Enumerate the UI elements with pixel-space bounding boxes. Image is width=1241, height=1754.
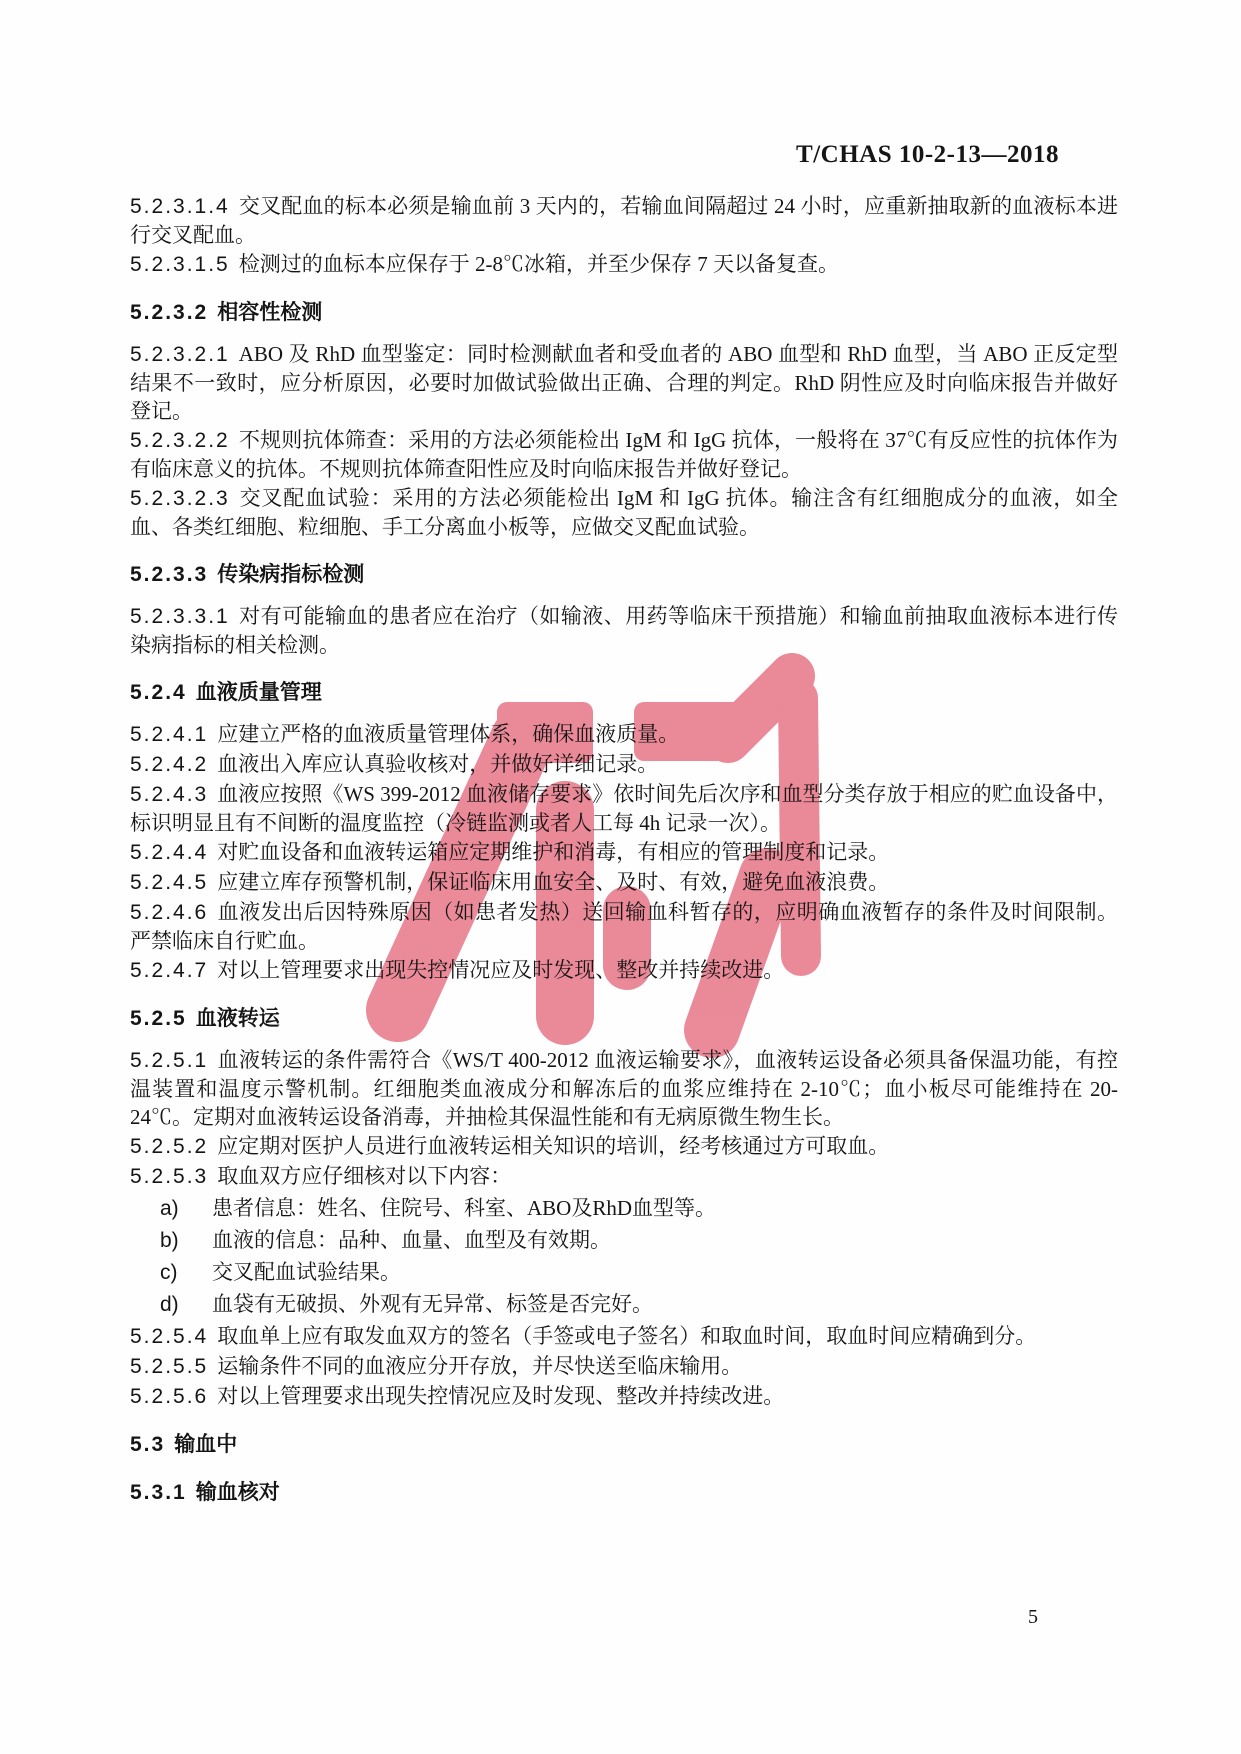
clause-number: 5.2.3.2.2 [130, 429, 230, 452]
clause-5.2.3.2.1: 5.2.3.2.1ABO 及 RhD 血型鉴定：同时检测献血者和受血者的 ABO… [130, 340, 1118, 425]
heading-text: 血液质量管理 [196, 680, 322, 704]
clause-5.2.3.2.2: 5.2.3.2.2不规则抗体筛查：采用的方法必须能检出 IgM 和 IgG 抗体… [130, 426, 1118, 483]
clause-text: 取血双方应仔细核对以下内容： [217, 1164, 511, 1188]
heading-number: 5.3 [130, 1433, 165, 1456]
clause-text: ABO 及 RhD 血型鉴定：同时检测献血者和受血者的 ABO 血型和 RhD … [130, 342, 1118, 423]
list-item-label: b) [160, 1227, 212, 1255]
clause-5.2.4.7: 5.2.4.7对以上管理要求出现失控情况应及时发现、整改并持续改进。 [130, 956, 1118, 985]
document-body: 5.2.3.1.4交叉配血的标本必须是输血前 3 天内的，若输血间隔超过 24 … [130, 192, 1118, 1520]
clause-5.2.4.3: 5.2.4.3血液应按照《WS 399-2012 血液储存要求》依时间先后次序和… [130, 780, 1118, 837]
clause-number: 5.2.5.1 [130, 1049, 208, 1072]
list-item-a: a)患者信息：姓名、住院号、科室、ABO及RhD血型等。 [130, 1194, 1118, 1223]
list-item-label: d) [160, 1291, 212, 1319]
list-item-d: d)血袋有无破损、外观有无异常、标签是否完好。 [130, 1290, 1118, 1319]
clause-text: 血液出入库应认真验收核对，并做好详细记录。 [217, 752, 658, 776]
list-item-c: c)交叉配血试验结果。 [130, 1258, 1118, 1287]
clause-5.2.5.1: 5.2.5.1血液转运的条件需符合《WS/T 400-2012 血液运输要求》，… [130, 1046, 1118, 1131]
clause-5.2.5.2: 5.2.5.2应定期对医护人员进行血液转运相关知识的培训，经考核通过方可取血。 [130, 1132, 1118, 1161]
clause-number: 5.2.3.3.1 [130, 605, 230, 628]
clause-text: 对以上管理要求出现失控情况应及时发现、整改并持续改进。 [217, 1384, 784, 1408]
list-item-label: c) [160, 1259, 212, 1287]
heading-5.2.3.2: 5.2.3.2相容性检测 [130, 298, 1118, 327]
list-item-label: a) [160, 1195, 212, 1223]
clause-number: 5.2.3.2.1 [130, 343, 230, 366]
heading-text: 输血核对 [196, 1480, 280, 1504]
clause-5.2.4.1: 5.2.4.1应建立严格的血液质量管理体系，确保血液质量。 [130, 720, 1118, 749]
clause-text: 血液应按照《WS 399-2012 血液储存要求》依时间先后次序和血型分类存放于… [130, 782, 1118, 835]
clause-text: 血液发出后因特殊原因（如患者发热）送回输血科暂存的，应明确血液暂存的条件及时间限… [130, 900, 1118, 953]
list-item-b: b)血液的信息：品种、血量、血型及有效期。 [130, 1226, 1118, 1255]
clause-text: 交叉配血试验：采用的方法必须能检出 IgM 和 IgG 抗体。输注含有红细胞成分… [130, 486, 1118, 539]
clause-number: 5.2.5.3 [130, 1165, 208, 1188]
clause-5.2.5.6: 5.2.5.6对以上管理要求出现失控情况应及时发现、整改并持续改进。 [130, 1382, 1118, 1411]
clause-5.2.4.2: 5.2.4.2血液出入库应认真验收核对，并做好详细记录。 [130, 750, 1118, 779]
clause-number: 5.2.4.1 [130, 723, 208, 746]
standard-number-header: T/CHAS 10-2-13—2018 [796, 141, 1059, 169]
clause-text: 应建立库存预警机制，保证临床用血安全、及时、有效，避免血液浪费。 [217, 870, 889, 894]
clause-number: 5.2.3.2.3 [130, 487, 230, 510]
heading-5.3.1: 5.3.1输血核对 [130, 1478, 1118, 1507]
list-item-text: 血袋有无破损、外观有无异常、标签是否完好。 [212, 1292, 653, 1316]
clause-number: 5.2.3.1.5 [130, 253, 230, 276]
list-item-text: 患者信息：姓名、住院号、科室、ABO及RhD血型等。 [212, 1196, 716, 1220]
heading-5.2.5: 5.2.5血液转运 [130, 1004, 1118, 1033]
clause-text: 应定期对医护人员进行血液转运相关知识的培训，经考核通过方可取血。 [217, 1134, 889, 1158]
heading-number: 5.3.1 [130, 1481, 187, 1504]
clause-5.2.3.3.1: 5.2.3.3.1对有可能输血的患者应在治疗（如输液、用药等临床干预措施）和输血… [130, 602, 1118, 659]
list-item-text: 交叉配血试验结果。 [212, 1260, 401, 1284]
clause-text: 对贮血设备和血液转运箱应定期维护和消毒，有相应的管理制度和记录。 [217, 840, 889, 864]
clause-text: 交叉配血的标本必须是输血前 3 天内的，若输血间隔超过 24 小时，应重新抽取新… [130, 194, 1118, 247]
heading-5.2.3.3: 5.2.3.3传染病指标检测 [130, 560, 1118, 589]
clause-5.2.5.5: 5.2.5.5运输条件不同的血液应分开存放，并尽快送至临床输用。 [130, 1352, 1118, 1381]
clause-5.2.4.6: 5.2.4.6血液发出后因特殊原因（如患者发热）送回输血科暂存的，应明确血液暂存… [130, 898, 1118, 955]
heading-text: 血液转运 [196, 1006, 280, 1030]
clause-5.2.4.4: 5.2.4.4对贮血设备和血液转运箱应定期维护和消毒，有相应的管理制度和记录。 [130, 838, 1118, 867]
clause-text: 对以上管理要求出现失控情况应及时发现、整改并持续改进。 [217, 958, 784, 982]
clause-text: 对有可能输血的患者应在治疗（如输液、用药等临床干预措施）和输血前抽取血液标本进行… [130, 604, 1118, 657]
clause-5.2.3.2.3: 5.2.3.2.3交叉配血试验：采用的方法必须能检出 IgM 和 IgG 抗体。… [130, 484, 1118, 541]
clause-5.2.4.5: 5.2.4.5应建立库存预警机制，保证临床用血安全、及时、有效，避免血液浪费。 [130, 868, 1118, 897]
clause-number: 5.2.3.1.4 [130, 195, 230, 218]
clause-number: 5.2.4.3 [130, 783, 208, 806]
clause-number: 5.2.5.5 [130, 1355, 208, 1378]
document-page: T/CHAS 10-2-13—2018 5.2.3.1.4交叉配血的标本必须是输… [0, 0, 1241, 1754]
heading-number: 5.2.3.3 [130, 563, 208, 586]
clause-5.2.5.4: 5.2.5.4取血单上应有取发血双方的签名（手签或电子签名）和取血时间，取血时间… [130, 1322, 1118, 1351]
clause-text: 不规则抗体筛查：采用的方法必须能检出 IgM 和 IgG 抗体，一般将在 37℃… [130, 428, 1118, 481]
clause-5.2.3.1.5: 5.2.3.1.5检测过的血标本应保存于 2-8℃冰箱，并至少保存 7 天以备复… [130, 250, 1118, 279]
heading-number: 5.2.4 [130, 681, 187, 704]
clause-number: 5.2.5.6 [130, 1385, 208, 1408]
clause-5.2.3.1.4: 5.2.3.1.4交叉配血的标本必须是输血前 3 天内的，若输血间隔超过 24 … [130, 192, 1118, 249]
heading-number: 5.2.3.2 [130, 301, 208, 324]
clause-number: 5.2.4.2 [130, 753, 208, 776]
heading-text: 输血中 [174, 1432, 237, 1456]
heading-number: 5.2.5 [130, 1007, 187, 1030]
clause-text: 血液转运的条件需符合《WS/T 400-2012 血液运输要求》，血液转运设备必… [130, 1048, 1118, 1129]
heading-5.2.4: 5.2.4血液质量管理 [130, 678, 1118, 707]
clause-text: 应建立严格的血液质量管理体系，确保血液质量。 [217, 722, 679, 746]
clause-5.2.5.3: 5.2.5.3取血双方应仔细核对以下内容： [130, 1162, 1118, 1191]
clause-number: 5.2.4.4 [130, 841, 208, 864]
list-item-text: 血液的信息：品种、血量、血型及有效期。 [212, 1228, 611, 1252]
clause-number: 5.2.5.2 [130, 1135, 208, 1158]
heading-text: 传染病指标检测 [217, 562, 364, 586]
clause-number: 5.2.4.6 [130, 901, 208, 924]
clause-number: 5.2.4.5 [130, 871, 208, 894]
heading-text: 相容性检测 [217, 300, 322, 324]
clause-number: 5.2.5.4 [130, 1325, 208, 1348]
clause-text: 运输条件不同的血液应分开存放，并尽快送至临床输用。 [217, 1354, 742, 1378]
heading-5.3: 5.3输血中 [130, 1430, 1118, 1459]
page-number: 5 [1028, 1606, 1038, 1629]
clause-number: 5.2.4.7 [130, 959, 208, 982]
clause-text: 检测过的血标本应保存于 2-8℃冰箱，并至少保存 7 天以备复查。 [239, 252, 839, 276]
clause-text: 取血单上应有取发血双方的签名（手签或电子签名）和取血时间，取血时间应精确到分。 [217, 1324, 1036, 1348]
